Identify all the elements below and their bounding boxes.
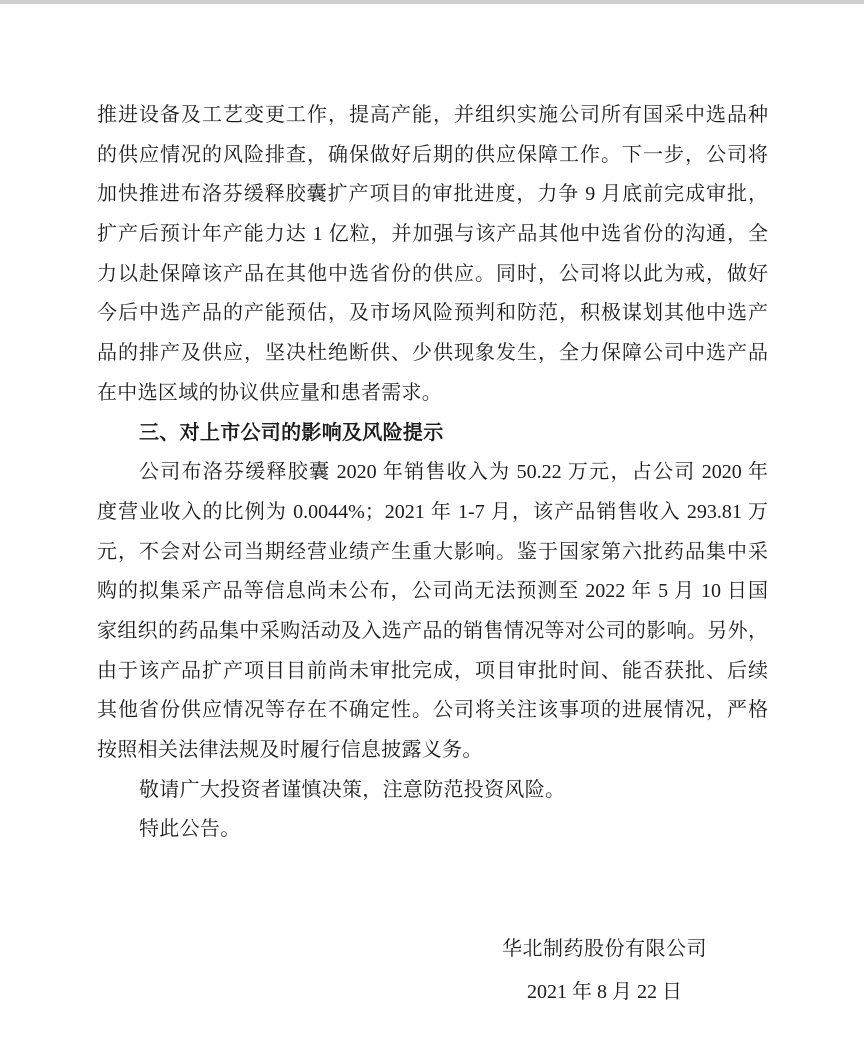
paragraph-investor-notice: 敬请广大投资者谨慎决策，注意防范投资风险。 [97,771,768,811]
text-line: 购的拟集采产品等信息尚未公布，公司尚无法预测至 2022 年 5 月 10 日国 [97,572,768,612]
text-line: 由于该产品扩产项目目前尚未审批完成，项目审批时间、能否获批、后续 [97,652,768,692]
document-body: 推进设备及工艺变更工作，提高产能，并组织实施公司所有国采中选品种的供应情况的风险… [97,96,768,850]
text-line: 扩产后预计年产能力达 1 亿粒，并加强与该产品其他中选省份的沟通，全 [97,215,768,255]
text-line: 按照相关法律法规及时履行信息披露义务。 [97,731,768,771]
text-line: 品的排产及供应，坚决杜绝断供、少供现象发生，全力保障公司中选产品 [97,334,768,374]
text-line: 在中选区域的协议供应量和患者需求。 [97,374,768,414]
text-line: 今后中选产品的产能预估，及市场风险预判和防范，积极谋划其他中选产 [97,294,768,334]
text-line: 公司布洛芬缓释胶囊 2020 年销售收入为 50.22 万元，占公司 2020 … [97,453,768,493]
paragraph-financial-impact: 公司布洛芬缓释胶囊 2020 年销售收入为 50.22 万元，占公司 2020 … [97,453,768,771]
window-top-edge [0,0,864,4]
paragraph-supply-measures: 推进设备及工艺变更工作，提高产能，并组织实施公司所有国采中选品种的供应情况的风险… [97,96,768,414]
section-heading-impact-and-risk: 三、对上市公司的影响及风险提示 [97,414,768,454]
text-line: 的供应情况的风险排查，确保做好后期的供应保障工作。下一步，公司将 [97,136,768,176]
text-line: 力以赴保障该产品在其他中选省份的供应。同时，公司将以此为戒，做好 [97,255,768,295]
signature-block: 华北制药股份有限公司 2021 年 8 月 22 日 [502,929,707,1012]
text-line: 特此公告。 [97,810,768,850]
text-line: 加快推进布洛芬缓释胶囊扩产项目的审批进度，力争 9 月底前完成审批， [97,175,768,215]
paragraph-announcement-close: 特此公告。 [97,810,768,850]
text-line: 其他省份供应情况等存在不确定性。公司将关注该事项的进展情况，严格 [97,691,768,731]
text-line: 敬请广大投资者谨慎决策，注意防范投资风险。 [97,771,768,811]
text-line: 三、对上市公司的影响及风险提示 [97,414,768,454]
text-line: 度营业收入的比例为 0.0044%；2021 年 1-7 月，该产品销售收入 2… [97,493,768,533]
text-line: 元，不会对公司当期经营业绩产生重大影响。鉴于国家第六批药品集中采 [97,533,768,573]
signature-date: 2021 年 8 月 22 日 [502,972,707,1012]
text-line: 推进设备及工艺变更工作，提高产能，并组织实施公司所有国采中选品种 [97,96,768,136]
signature-company-name: 华北制药股份有限公司 [502,929,707,969]
text-line: 家组织的药品集中采购活动及入选产品的销售情况等对公司的影响。另外， [97,612,768,652]
